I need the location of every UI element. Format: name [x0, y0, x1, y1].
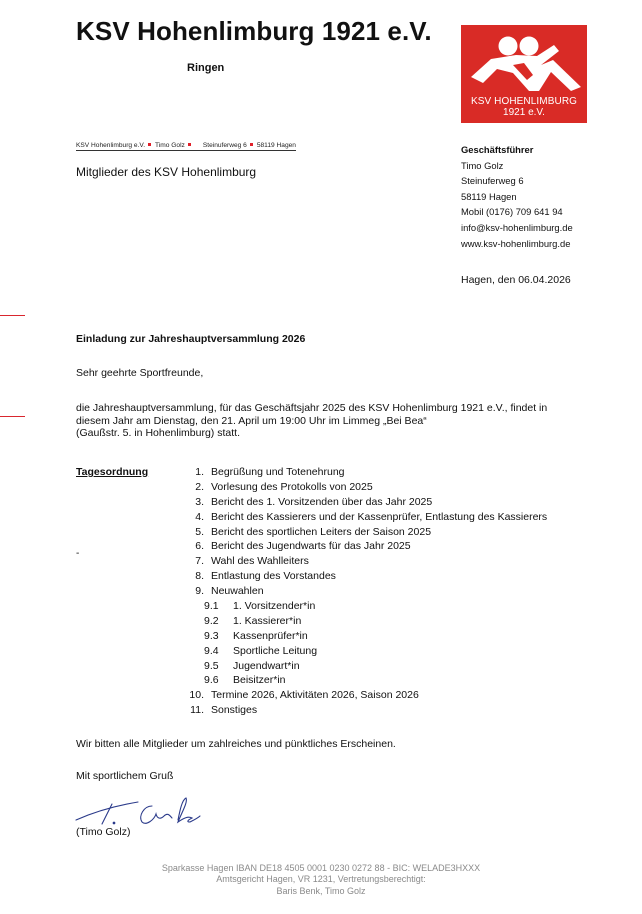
agenda-item: 3.Bericht des 1. Vorsitzenden über das J…	[178, 495, 547, 510]
agenda-subtext: Kassenprüfer*in	[233, 630, 308, 642]
letter-subject: Einladung zur Jahreshauptversammlung 202…	[76, 333, 305, 345]
agenda-text: Neuwahlen	[211, 585, 264, 597]
agenda-item: 4.Bericht des Kassierers und der Kassenp…	[178, 510, 547, 525]
agenda-text: Termine 2026, Aktivitäten 2026, Saison 2…	[211, 689, 419, 701]
sender-name: Timo Golz	[155, 142, 185, 149]
punch-mark	[0, 416, 25, 417]
signature-scribble-icon	[74, 792, 214, 828]
agenda-number: 11.	[178, 703, 211, 718]
separator-square-icon	[250, 143, 253, 146]
agenda-text: Wahl des Wahlleiters	[211, 555, 309, 567]
footer-bank: Sparkasse Hagen IBAN DE18 4505 0001 0230…	[0, 863, 642, 874]
footer-representatives: Baris Benk, Timo Golz	[0, 886, 642, 897]
agenda-number: 8.	[178, 569, 211, 584]
agenda-number: 7.	[178, 554, 211, 569]
contact-heading: Geschäftsführer	[461, 142, 573, 158]
agenda-number: 6.	[178, 539, 211, 554]
sender-return-line: KSV Hohenlimburg e.V.Timo GolzSteinuferw…	[76, 142, 296, 151]
agenda-subitem: 9.4Sportliche Leitung	[178, 644, 547, 659]
body-line: diesem Jahr am Dienstag, den 21. April u…	[76, 415, 576, 428]
greeting: Mit sportlichem Gruß	[76, 770, 173, 782]
recipient: Mitglieder des KSV Hohenlimburg	[76, 165, 256, 179]
agenda-subnumber: 9.1	[204, 599, 233, 614]
agenda-subnumber: 9.5	[204, 659, 233, 674]
agenda-item: 6.Bericht des Jugendwarts für das Jahr 2…	[178, 539, 547, 554]
agenda-subtext: 1. Vorsitzender*in	[233, 600, 315, 612]
separator-square-icon	[188, 143, 191, 146]
agenda-subitem: 9.3Kassenprüfer*in	[178, 629, 547, 644]
agenda-number: 3.	[178, 495, 211, 510]
body-paragraph: die Jahreshauptversammlung, für das Gesc…	[76, 402, 576, 440]
footer-register: Amtsgericht Hagen, VR 1231, Vertretungsb…	[0, 874, 642, 885]
agenda-text: Bericht des Jugendwarts für das Jahr 202…	[211, 540, 411, 552]
agenda-text: Sonstiges	[211, 704, 257, 716]
agenda-text: Bericht des sportlichen Leiters der Sais…	[211, 526, 431, 538]
agenda-item: 10.Termine 2026, Aktivitäten 2026, Saiso…	[178, 688, 547, 703]
agenda-subtext: Jugendwart*in	[233, 660, 300, 672]
closing-sentence: Wir bitten alle Mitglieder um zahlreiche…	[76, 738, 396, 750]
agenda-text: Begrüßung und Totenehrung	[211, 466, 345, 478]
contact-city: 58119 Hagen	[461, 189, 573, 205]
sender-club: KSV Hohenlimburg e.V.	[76, 142, 145, 149]
agenda-subitem: 9.11. Vorsitzender*in	[178, 599, 547, 614]
agenda-text: Entlastung des Vorstandes	[211, 570, 336, 582]
agenda-list: 1.Begrüßung und Totenehrung2.Vorlesung d…	[178, 465, 547, 718]
agenda-item: 11.Sonstiges	[178, 703, 547, 718]
agenda-subitem: 9.6Beisitzer*in	[178, 673, 547, 688]
agenda-number: 9.	[178, 584, 211, 599]
letter-date: Hagen, den 06.04.2026	[461, 274, 571, 286]
contact-website[interactable]: www.ksv-hohenlimburg.de	[461, 236, 573, 252]
agenda-subitem: 9.21. Kassierer*in	[178, 614, 547, 629]
club-title: KSV Hohenlimburg 1921 e.V.	[76, 16, 432, 47]
club-logo: KSV HOHENLIMBURG 1921 e.V.	[461, 25, 587, 123]
club-subtitle: Ringen	[187, 62, 224, 74]
agenda-subnumber: 9.6	[204, 673, 233, 688]
agenda-item: 7.Wahl des Wahlleiters	[178, 554, 547, 569]
wrestlers-logo-icon	[461, 25, 587, 95]
contact-phone: Mobil (0176) 709 641 94	[461, 204, 573, 220]
logo-text-line2: 1921 e.V.	[461, 107, 587, 118]
agenda-item: 1.Begrüßung und Totenehrung	[178, 465, 547, 480]
agenda-subnumber: 9.4	[204, 644, 233, 659]
contact-email[interactable]: info@ksv-hohenlimburg.de	[461, 220, 573, 236]
agenda-subtext: 1. Kassierer*in	[233, 615, 301, 627]
agenda-number: 10.	[178, 688, 211, 703]
agenda-text: Vorlesung des Protokolls von 2025	[211, 481, 373, 493]
agenda-subitem: 9.5Jugendwart*in	[178, 659, 547, 674]
sender-city: 58119 Hagen	[257, 142, 296, 149]
footer: Sparkasse Hagen IBAN DE18 4505 0001 0230…	[0, 863, 642, 897]
contact-block: Geschäftsführer Timo Golz Steinuferweg 6…	[461, 142, 573, 251]
agenda-number: 5.	[178, 525, 211, 540]
contact-street: Steinuferweg 6	[461, 173, 573, 189]
agenda-number: 2.	[178, 480, 211, 495]
agenda-number: 4.	[178, 510, 211, 525]
agenda-item: 2.Vorlesung des Protokolls von 2025	[178, 480, 547, 495]
agenda-item: 9.Neuwahlen	[178, 584, 547, 599]
agenda-subtext: Sportliche Leitung	[233, 645, 317, 657]
agenda-item: 8.Entlastung des Vorstandes	[178, 569, 547, 584]
signer-name: (Timo Golz)	[76, 826, 130, 838]
agenda-item: 5.Bericht des sportlichen Leiters der Sa…	[178, 525, 547, 540]
agenda-subtext: Beisitzer*in	[233, 674, 286, 686]
agenda-text: Bericht des Kassierers und der Kassenprü…	[211, 511, 547, 523]
agenda-label: Tagesordnung	[76, 466, 148, 478]
salutation: Sehr geehrte Sportfreunde,	[76, 367, 203, 379]
fold-mark	[0, 315, 25, 316]
agenda-text: Bericht des 1. Vorsitzenden über das Jah…	[211, 496, 432, 508]
sender-street: Steinuferweg 6	[203, 142, 247, 149]
body-line: die Jahreshauptversammlung, für das Gesc…	[76, 402, 576, 415]
contact-name: Timo Golz	[461, 158, 573, 174]
body-line: (Gaußstr. 5. in Hohenlimburg) statt.	[76, 427, 576, 440]
logo-text-line1: KSV HOHENLIMBURG	[461, 96, 587, 107]
agenda-subnumber: 9.3	[204, 629, 233, 644]
margin-mark: -	[76, 548, 79, 559]
agenda-number: 1.	[178, 465, 211, 480]
agenda-subnumber: 9.2	[204, 614, 233, 629]
separator-square-icon	[148, 143, 151, 146]
